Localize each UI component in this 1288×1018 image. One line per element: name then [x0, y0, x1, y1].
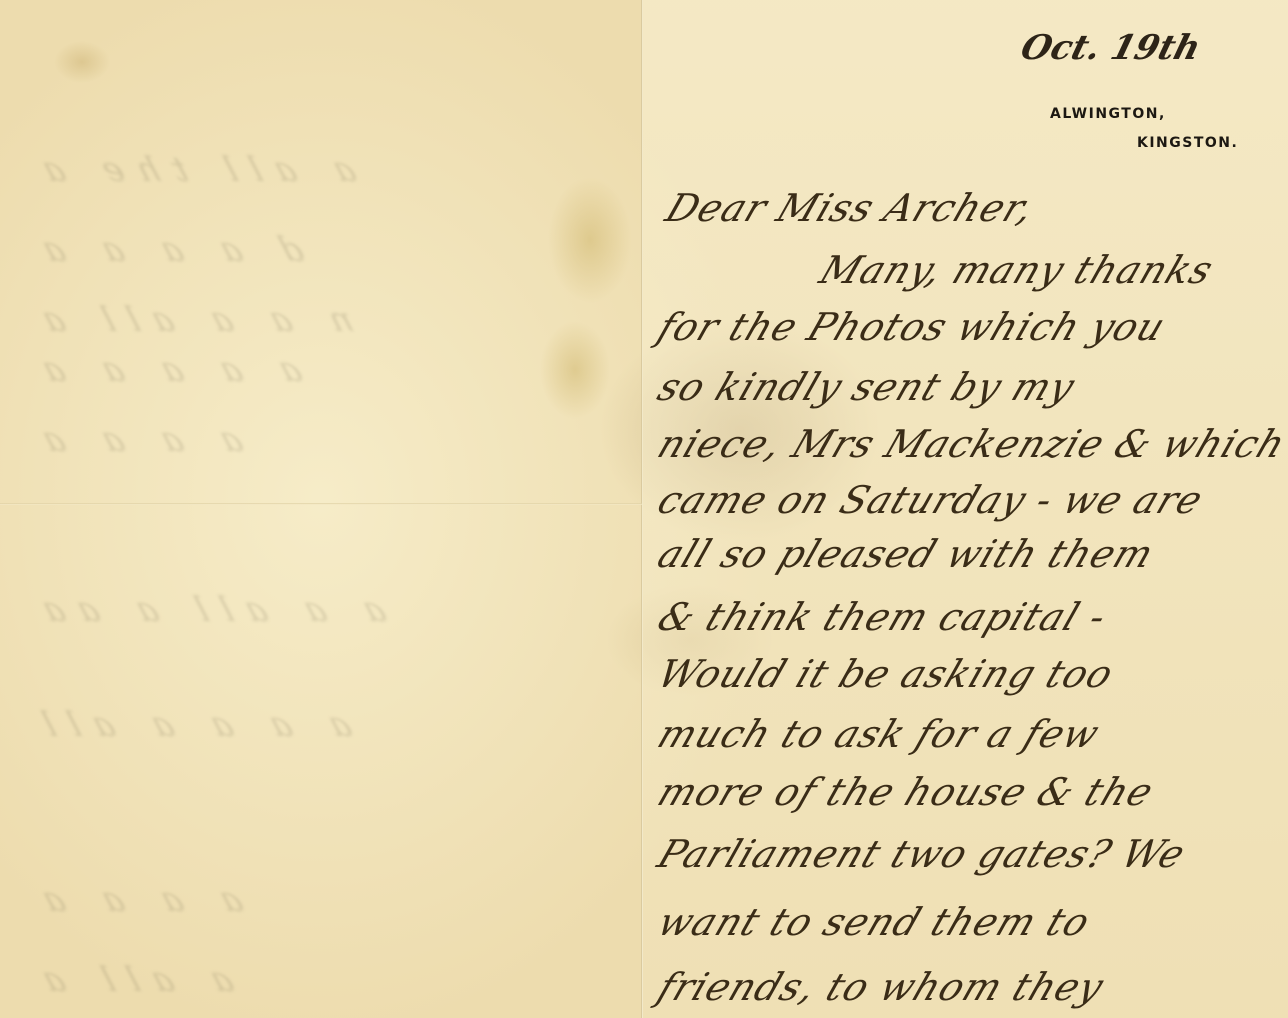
letterhead-address-line1: ALWINGTON, — [1050, 106, 1166, 122]
body-line: much to ask for a few — [652, 712, 1106, 756]
left-page-reverse-side: a all the a d a a a a n a a all a a a a … — [0, 0, 642, 1018]
body-line: all so pleased with them — [652, 532, 1160, 576]
body-line: Would it be asking too — [652, 652, 1120, 696]
horizontal-fold — [0, 503, 642, 505]
salutation: Dear Miss Archer, — [660, 186, 1041, 230]
body-line: Many, many thanks — [814, 248, 1220, 292]
bleed-through-text: a a a a all — [24, 705, 357, 745]
bleed-through-text: a all the a — [24, 150, 362, 190]
bleed-through-text: a all a — [24, 960, 239, 1000]
bleed-through-text: a a all a aa — [24, 590, 392, 630]
body-line: want to send them to — [652, 900, 1097, 944]
body-line: niece, Mrs Mackenzie & which — [652, 422, 1288, 466]
body-line: so kindly sent by my — [652, 365, 1081, 409]
body-line: friends, to whom they — [652, 965, 1110, 1009]
body-line: more of the house & the — [652, 770, 1160, 814]
letterhead-address-line2: KINGSTON. — [1137, 135, 1238, 151]
letter-date: Oct. 19th — [1017, 28, 1205, 68]
bleed-through-text: d a a a a — [24, 230, 309, 270]
bleed-through-text: n a a all a — [24, 300, 359, 340]
letter-scan: a all the a d a a a a n a a all a a a a … — [0, 0, 1288, 1018]
body-line: came on Saturday - we are — [652, 478, 1209, 522]
body-line: & think them capital - — [652, 595, 1113, 639]
bleed-through-text: a a a a — [24, 420, 249, 460]
body-line: for the Photos which you — [652, 305, 1172, 349]
body-line: Parliament two gates? We — [652, 832, 1192, 876]
bleed-through-text: a a a a a — [24, 350, 308, 390]
bleed-through-text: a a a a — [24, 880, 249, 920]
